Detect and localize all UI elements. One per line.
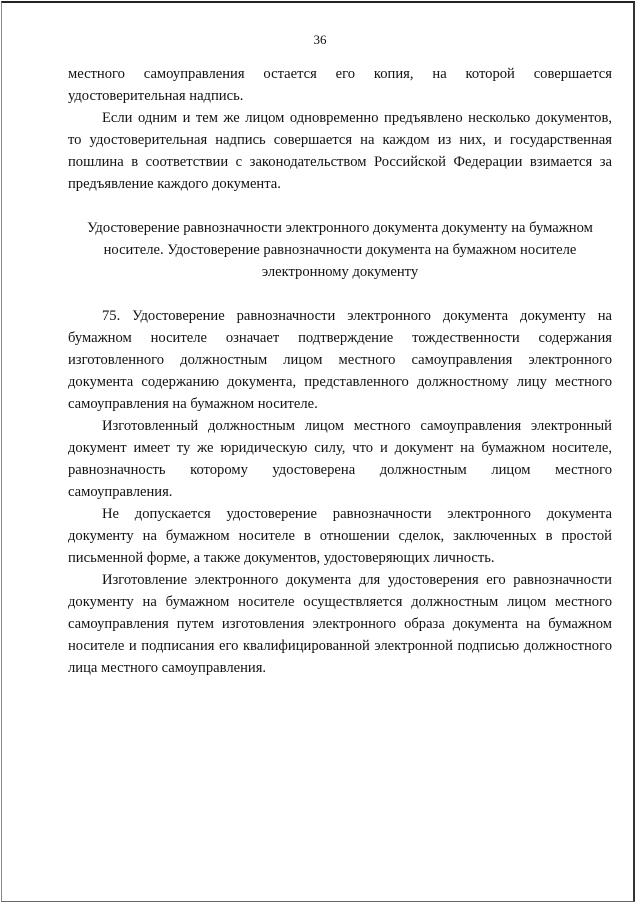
page-number: 36 <box>0 32 640 48</box>
paragraph-multiple-documents: Если одним и тем же лицом одновременно п… <box>68 107 612 195</box>
section-heading: Удостоверение равнозначности электронног… <box>68 217 612 283</box>
paragraph-continuation: местного самоуправления остается его коп… <box>68 63 612 107</box>
section-heading-line: Удостоверение равнозначности электронног… <box>68 217 612 239</box>
paragraph-production: Изготовление электронного документа для … <box>68 569 612 679</box>
paragraph-legal-force: Изготовленный должностным лицом местного… <box>68 415 612 503</box>
paragraph-item-75: 75. Удостоверение равнозначности электро… <box>68 305 612 415</box>
document-body: местного самоуправления остается его коп… <box>68 63 612 679</box>
section-heading-line: электронному документу <box>68 261 612 283</box>
paragraph-not-allowed: Не допускается удостоверение равнозначно… <box>68 503 612 569</box>
section-heading-line: носителе. Удостоверение равнозначности д… <box>68 239 612 261</box>
